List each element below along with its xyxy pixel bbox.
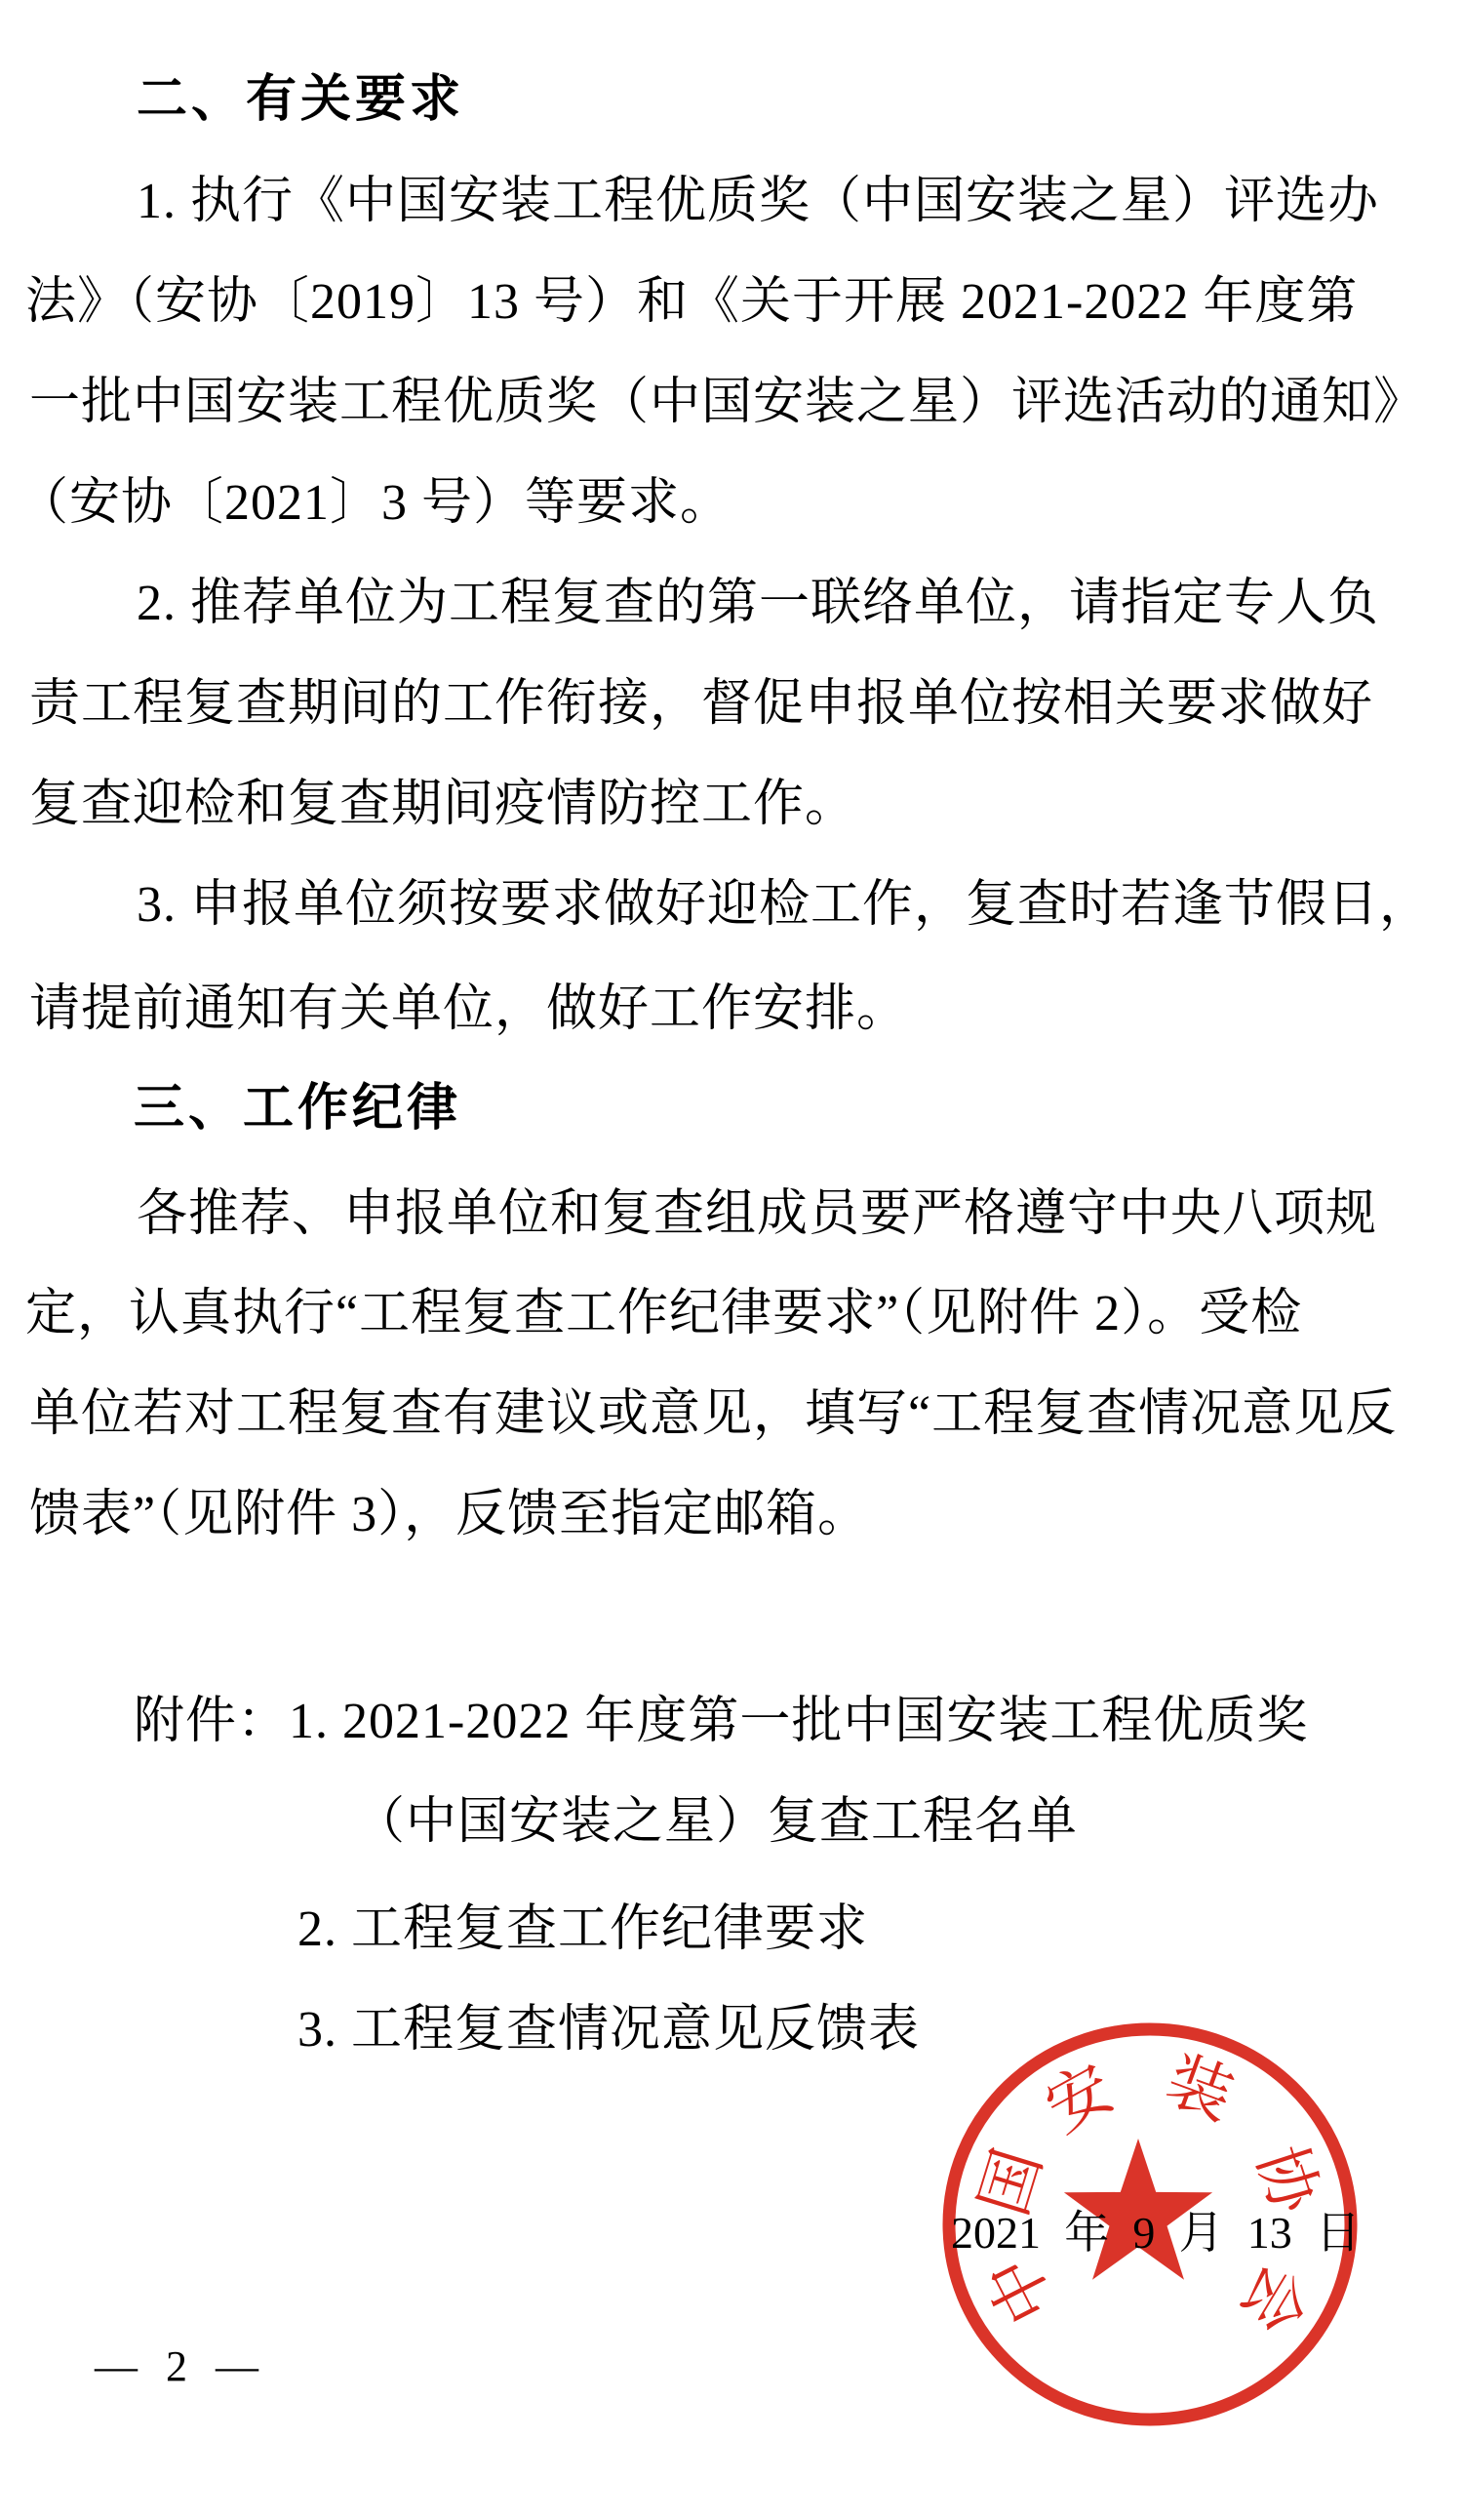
seal-character: 装 (1157, 2045, 1242, 2134)
date-month: 9 (1132, 2207, 1155, 2259)
date-year: 2021 (951, 2207, 1041, 2259)
body-line: 法》（安协〔2019〕13 号）和《关于开展 2021-2022 年度第 (25, 274, 1358, 330)
document-date: 2021 年 9 月 13 日 (951, 2197, 1361, 2261)
date-year-label: 年 (1064, 2197, 1109, 2261)
document-page: 二、有关要求 1. 执行《中国安装工程优质奖（中国安装之星）评选办 法》（安协〔… (0, 0, 1463, 2520)
date-day-label: 日 (1316, 2197, 1361, 2261)
body-line: （安协〔2021〕3 号）等要求。 (18, 475, 731, 531)
section-2-heading: 二、有关要求 (137, 72, 464, 128)
body-line: 3. 申报单位须按要求做好迎检工作，复查时若逢节假日， (137, 877, 1431, 933)
seal-character: 安 (1035, 2053, 1126, 2146)
attachment-item-3: 3. 工程复查情况意见反馈表 (297, 2002, 920, 2058)
page-number: — 2 — (95, 2341, 267, 2391)
section-3-heading: 三、工作纪律 (134, 1081, 461, 1137)
date-day: 13 (1247, 2207, 1292, 2259)
seal-text-ring: 中 国 安 装 协 会 (969, 2045, 1331, 2344)
body-line: 定，认真执行“工程复查工作纪律要求”（见附件 2）。受检 (25, 1286, 1302, 1341)
date-month-label: 月 (1179, 2197, 1224, 2261)
body-line: 复查迎检和复查期间疫情防控工作。 (29, 777, 856, 832)
body-line: 馈表”（见附件 3），反馈至指定邮箱。 (29, 1487, 869, 1542)
body-line: 各推荐、申报单位和复查组成员要严格遵守中央八项规 (137, 1186, 1377, 1242)
attachment-item-2: 2. 工程复查工作纪律要求 (297, 1901, 868, 1957)
attachment-item-1-line-2: （中国安装之星）复查工程名单 (354, 1794, 1078, 1850)
body-line: 2. 推荐单位为工程复查的第一联络单位，请指定专人负 (137, 576, 1379, 631)
body-line: 1. 执行《中国安装工程优质奖（中国安装之星）评选办 (137, 174, 1379, 229)
body-line: 单位若对工程复查有建议或意见，填写“工程复查情况意见反 (29, 1386, 1397, 1442)
body-line: 一批中国安装工程优质奖（中国安装之星）评选活动的通知》 (29, 375, 1425, 430)
body-line: 请提前通知有关单位，做好工作安排。 (29, 981, 908, 1037)
body-line: 责工程复查期间的工作衔接，督促申报单位按相关要求做好 (29, 676, 1373, 732)
attachments-label-line: 附件：1. 2021-2022 年度第一批中国安装工程优质奖 (134, 1694, 1308, 1749)
seal-character: 会 (1226, 2253, 1321, 2344)
